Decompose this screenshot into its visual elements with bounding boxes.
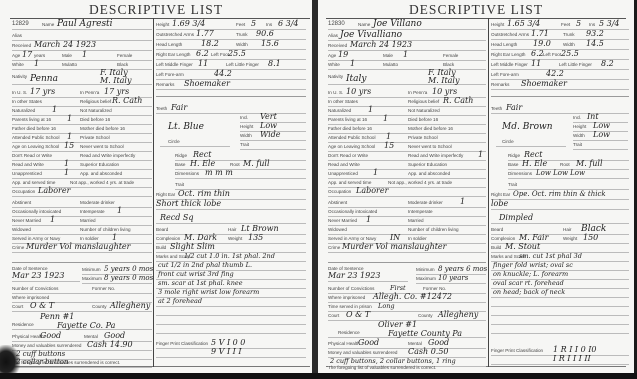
crime-value: Murder Vol manslaughter: [342, 242, 447, 252]
forehead-trait-row: Trait: [240, 140, 306, 150]
divider: [12, 262, 152, 263]
circle-row: Circle: [160, 137, 230, 147]
eye-color-row: Md. Brown: [496, 118, 566, 132]
page-title: DESCRIPTIVE LIST: [318, 2, 634, 18]
crime-row: Crime Murder Vol manslaughter: [12, 243, 152, 253]
valuables-certification: The foregoing list of valuables surrende…: [328, 365, 486, 370]
sentence-date-row: Date of Sentence Mar 23 1923: [328, 265, 408, 282]
divider: [156, 96, 306, 97]
right-ear-row-2: Short thick lobe: [156, 200, 306, 210]
dimensions-row: Dimensions Low Low Low: [508, 169, 629, 179]
circle-row: Circle: [496, 137, 566, 147]
crime-row: Crime Murder Vol manslaughter: [328, 243, 486, 253]
column-divider: [153, 18, 154, 367]
divider: [491, 96, 629, 97]
valuables-certification: The foregoing list of valuables surrende…: [12, 360, 152, 365]
marks-row: [491, 324, 629, 334]
right-ear-row-2: lobe: [491, 200, 629, 210]
marks-row: [156, 324, 306, 334]
dimensions-row: Dimensions m m m: [175, 169, 306, 179]
forehead-trait-row: Trait: [573, 140, 628, 150]
scan-edge: [0, 373, 637, 379]
remarks-row: Remarks Shoemaker: [156, 80, 306, 90]
number-name-row: 12829 Name Paul Agresti: [12, 20, 152, 30]
court-row: Court O & T County Allegheny: [12, 302, 152, 312]
chin-row: Recd Sq: [156, 214, 306, 224]
occupation-row: Occupation Laborer: [12, 187, 152, 197]
remarks-row: Remarks Shoemaker: [491, 80, 629, 90]
left-record-page: DESCRIPTIVE LIST 12829 Name Paul Agresti…: [0, 0, 312, 373]
alias-value: Joe Vivalliano: [340, 30, 402, 40]
nativity-row: Nativity Penna F. Italy M. Italy: [12, 70, 152, 85]
fingerprint-row-2: I R I I I II: [491, 355, 629, 365]
crime-value: Murder Vol manslaughter: [26, 242, 131, 252]
height-row: Height 1.69 3/4 Feet 5 Ins 6 3/4: [156, 20, 306, 30]
occupation-row: Occupation Laborer: [328, 187, 486, 197]
column-divider: [488, 18, 489, 367]
record-number: 12830: [328, 20, 345, 29]
eye-color-row: Lt. Blue: [160, 118, 230, 132]
fingerprint-row-2: 9 V I I I: [156, 348, 306, 358]
number-name-row: 12830 Name Joe Villano: [328, 20, 486, 30]
maximum-row: Maximum 8 years 0 mos: [82, 274, 152, 284]
residence-row: Residence Oliver #1 Fayette County Pa: [328, 321, 486, 338]
arms-row: Outstretched Arms 1.71 Trunk 93.2: [491, 30, 629, 40]
forearm-row: Left Fore-arm 44.2: [156, 70, 306, 80]
height-row: Height 1.65 3/4 Feet 5 Ins 5 3/4: [491, 20, 629, 30]
record-number: 12829: [12, 20, 29, 29]
right-ear-row: Right Ear Ope. Oct. rim thin & thick: [491, 190, 629, 200]
inmate-name: Paul Agresti: [57, 19, 113, 29]
received-date: March 24 1923: [34, 40, 96, 50]
right-record-page: DESCRIPTIVE LIST 12830 Name Joe Villano …: [318, 0, 634, 373]
race-row: White 1 Mulatto Black: [328, 60, 486, 70]
nativity-row: Nativity Italy F. Italy M. Italy: [328, 70, 486, 85]
ear-row: Right Ear Length 6.2 Left Foot 25.5: [156, 50, 306, 60]
page-title: DESCRIPTIVE LIST: [0, 2, 312, 18]
race-row: White 1 Mulatto Black: [12, 60, 152, 70]
sentence-date-row: Date of Sentence Mar 23 1923: [12, 265, 80, 282]
head-row: Head Length 19.0 Width 14.5: [491, 40, 629, 50]
residence-row: Residence Penn #1 Fayette Co. Pa: [12, 313, 152, 330]
divider: [328, 262, 486, 263]
maximum-row: Maximum 10 years: [416, 274, 486, 284]
arms-row: Outstretched Arms 1.77 Trunk 90.6: [156, 30, 306, 40]
ink-smudge: [0, 345, 20, 373]
inmate-name: Joe Villano: [373, 19, 422, 29]
chin-row: Dimpled: [491, 214, 629, 224]
